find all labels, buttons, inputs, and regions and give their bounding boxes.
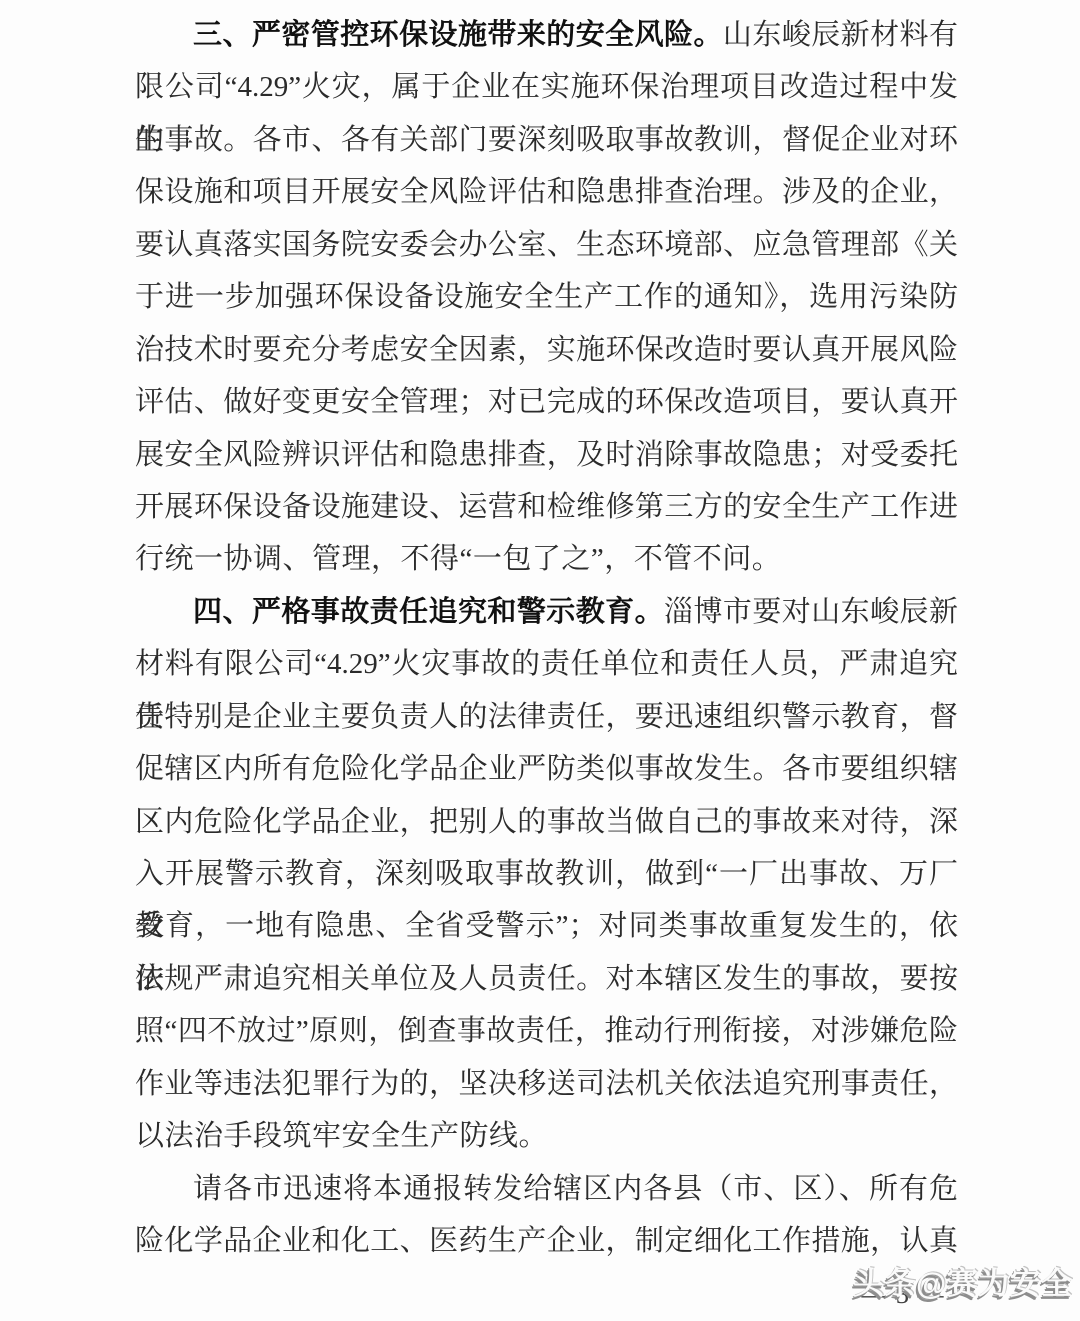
- body-text: 任特别是企业主要负责人的法律责任，要迅速组织警示教育，督: [135, 701, 958, 733]
- text-line: 要认真落实国务院安委会办公室、生态环境部、应急管理部《关: [135, 219, 958, 271]
- text-line: 展安全风险辨识评估和隐患排查，及时消除事故隐患；对受委托: [135, 429, 958, 481]
- text-line: 保设施和项目开展安全风险评估和隐患排查治理。涉及的企业，: [135, 166, 958, 218]
- body-text: 行统一协调、管理，不得“一包了之”，不管不问。: [135, 543, 781, 575]
- text-line: 促辖区内所有危险化学品企业严防类似事故发生。各市要组织辖: [135, 743, 958, 795]
- body-text: 作业等违法犯罪行为的，坚决移送司法机关依法追究刑事责任，: [135, 1068, 958, 1100]
- text-line: 依规严肃追究相关单位及人员责任。对本辖区发生的事故，要按: [135, 953, 958, 1005]
- text-line: 四、严格事故责任追究和警示教育。淄博市要对山东峻辰新: [135, 586, 958, 638]
- text-line: 的事故。各市、各有关部门要深刻吸取事故教训，督促企业对环: [135, 114, 958, 166]
- section-heading: 四、严格事故责任追究和警示教育。: [193, 596, 664, 628]
- text-line: 材料有限公司“4.29”火灾事故的责任单位和责任人员，严肃追究责: [135, 638, 958, 690]
- body-text: 淄博市要对山东峻辰新: [664, 596, 958, 628]
- body-text: 要认真落实国务院安委会办公室、生态环境部、应急管理部《关: [135, 229, 958, 261]
- text-line: 于进一步加强环保设备设施安全生产工作的通知》，选用污染防: [135, 271, 958, 323]
- body-text: 展安全风险辨识评估和隐患排查，及时消除事故隐患；对受委托: [135, 439, 958, 471]
- text-line: 以法治手段筑牢安全生产防线。: [135, 1110, 958, 1162]
- body-text: 促辖区内所有危险化学品企业严防类似事故发生。各市要组织辖: [135, 753, 958, 785]
- text-line: 照“四不放过”原则，倒查事故责任，推动行刑衔接，对涉嫌危险: [135, 1005, 958, 1057]
- text-line: 入开展警示教育，深刻吸取事故教训，做到“一厂出事故、万厂受: [135, 848, 958, 900]
- body-text: 区内危险化学品企业，把别人的事故当做自己的事故来对待，深: [135, 806, 958, 838]
- body-text: 山东峻辰新材料有: [723, 19, 958, 51]
- text-line: 任特别是企业主要负责人的法律责任，要迅速组织警示教育，督: [135, 691, 958, 743]
- body-text: 治技术时要充分考虑安全因素，实施环保改造时要认真开展风险: [135, 334, 958, 366]
- body-text: 开展环保设备设施建设、运营和检维修第三方的安全生产工作进: [135, 491, 958, 523]
- document-body: 三、严密管控环保设施带来的安全风险。山东峻辰新材料有限公司“4.29”火灾，属于…: [135, 9, 958, 1268]
- document-page: 三、严密管控环保设施带来的安全风险。山东峻辰新材料有限公司“4.29”火灾，属于…: [0, 0, 1080, 1321]
- body-text: 险化学品企业和化工、医药生产企业，制定细化工作措施，认真: [135, 1225, 958, 1257]
- text-line: 作业等违法犯罪行为的，坚决移送司法机关依法追究刑事责任，: [135, 1058, 958, 1110]
- text-line: 限公司“4.29”火灾，属于企业在实施环保治理项目改造过程中发生: [135, 61, 958, 113]
- text-line: 行统一协调、管理，不得“一包了之”，不管不问。: [135, 533, 958, 585]
- text-line: 治技术时要充分考虑安全因素，实施环保改造时要认真开展风险: [135, 324, 958, 376]
- body-text: 照“四不放过”原则，倒查事故责任，推动行刑衔接，对涉嫌危险: [135, 1015, 958, 1047]
- text-line: 评估、做好变更安全管理；对已完成的环保改造项目，要认真开: [135, 376, 958, 428]
- text-line: 三、严密管控环保设施带来的安全风险。山东峻辰新材料有: [135, 9, 958, 61]
- body-text: 于进一步加强环保设备设施安全生产工作的通知》，选用污染防: [135, 281, 958, 313]
- text-line: 险化学品企业和化工、医药生产企业，制定细化工作措施，认真: [135, 1215, 958, 1267]
- text-line: 开展环保设备设施建设、运营和检维修第三方的安全生产工作进: [135, 481, 958, 533]
- body-text: 以法治手段筑牢安全生产防线。: [135, 1120, 548, 1152]
- text-line: 区内危险化学品企业，把别人的事故当做自己的事故来对待，深: [135, 796, 958, 848]
- body-text: 请各市迅速将本通报转发给辖区内各县（市、区）、所有危: [193, 1173, 958, 1205]
- body-text: 保设施和项目开展安全风险评估和隐患排查治理。涉及的企业，: [135, 176, 958, 208]
- body-text: 评估、做好变更安全管理；对已完成的环保改造项目，要认真开: [135, 386, 958, 418]
- watermark-toutiao-saiwei: 头条@赛为安全: [853, 1258, 1073, 1303]
- text-line: 教育，一地有隐患、全省受警示”；对同类事故重复发生的，依法: [135, 900, 958, 952]
- body-text: 依规严肃追究相关单位及人员责任。对本辖区发生的事故，要按: [135, 963, 958, 995]
- body-text: 的事故。各市、各有关部门要深刻吸取事故教训，督促企业对环: [135, 124, 958, 156]
- section-heading: 三、严密管控环保设施带来的安全风险。: [193, 19, 723, 51]
- text-line: 请各市迅速将本通报转发给辖区内各县（市、区）、所有危: [135, 1163, 958, 1215]
